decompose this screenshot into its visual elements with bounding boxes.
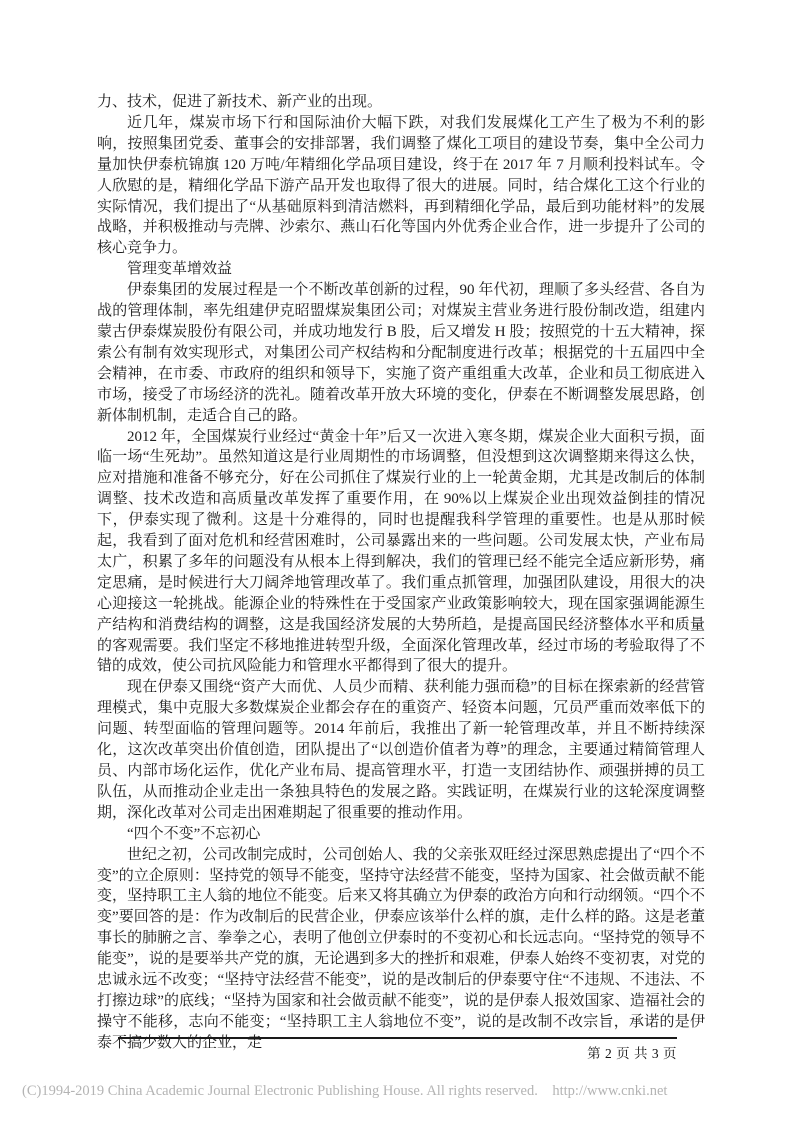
document-page: 力、技术，促进了新技术、新产业的出现。近几年，煤炭市场下行和国际油价大幅下跌，对… [0, 0, 793, 1122]
article-text-block: 力、技术，促进了新技术、新产业的出现。近几年，煤炭市场下行和国际油价大幅下跌，对… [97, 92, 705, 1054]
section-heading: “四个不变”不忘初心 [97, 824, 705, 845]
body-paragraph: 伊泰集团的发展过程是一个不断改革创新的过程，90 年代初，理顺了多头经营、各自为… [97, 280, 705, 426]
page-number: 第 2 页 共 3 页 [587, 1042, 677, 1062]
footer-divider [118, 1037, 677, 1039]
section-heading: 管理变革增效益 [97, 259, 705, 280]
body-paragraph: 力、技术，促进了新技术、新产业的出现。 [97, 92, 705, 113]
body-paragraph: 世纪之初，公司改制完成时，公司创始人、我的父亲张双旺经过深思熟虑提出了“四个不变… [97, 845, 705, 1054]
body-paragraph: 近几年，煤炭市场下行和国际油价大幅下跌，对我们发展煤化工产生了极为不利的影响，按… [97, 113, 705, 259]
body-paragraph: 现在伊泰又围绕“资产大而优、人员少而精、获利能力强而稳”的目标在探索新的经营管理… [97, 677, 705, 823]
body-paragraph: 2012 年，全国煤炭行业经过“黄金十年”后又一次进入寒冬期，煤炭企业大面积亏损… [97, 427, 705, 678]
cnki-copyright-watermark: (C)1994-2019 China Academic Journal Elec… [22, 1083, 667, 1100]
